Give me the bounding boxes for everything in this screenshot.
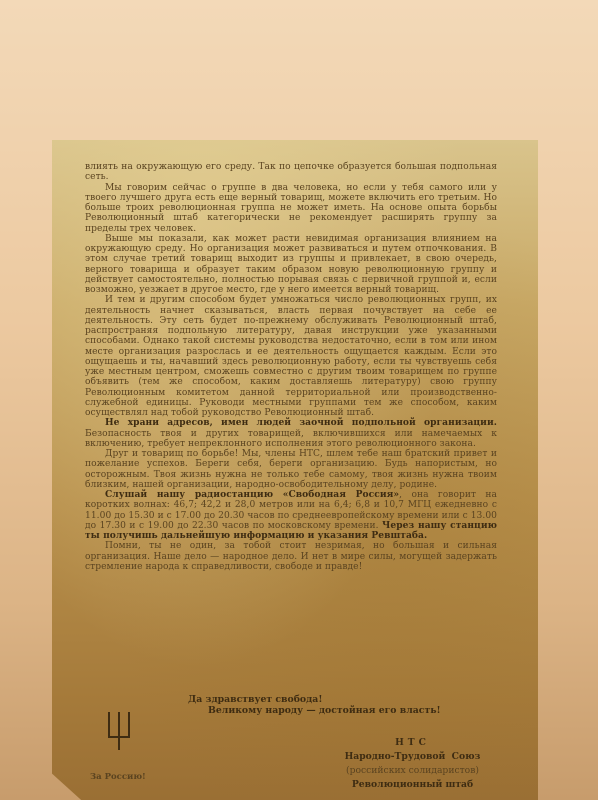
paragraph-3: Выше мы показали, как может расти невиди… bbox=[85, 234, 497, 296]
paragraph-8: Помни, ты не один, за тобой стоит незрим… bbox=[85, 541, 497, 572]
paragraph-1: влиять на окружающую его среду. Так по ц… bbox=[85, 162, 497, 183]
logo-caption: За Россию! bbox=[90, 772, 146, 782]
signature-org-name: Народно-Трудовой Союз bbox=[320, 750, 505, 764]
signature-block: НТС Народно-Трудовой Союз (российских со… bbox=[320, 736, 505, 792]
paragraph-bold-lead: Слушай нашу радиостанцию «Свободная Росс… bbox=[105, 489, 399, 500]
paragraph-text: Безопасность твоя и других товарищей, вк… bbox=[85, 429, 497, 449]
trident-icon bbox=[108, 712, 130, 750]
slogan-freedom: Да здравствует свобода! bbox=[120, 694, 500, 705]
paragraph-text: Друг и товарищ по борьбе! Мы, члены НТС,… bbox=[85, 449, 497, 490]
paragraph-bold-lead: Не храни адресов, имен людей заочной под… bbox=[105, 417, 497, 428]
paragraph-7: Слушай нашу радиостанцию «Свободная Росс… bbox=[85, 490, 497, 541]
paragraph-text: И тем и другим способом будет умножаться… bbox=[85, 295, 497, 418]
slogan-power: Великому народу — достойная его власть! bbox=[120, 705, 500, 716]
paragraph-text: Мы говорим сейчас о группе в два человек… bbox=[85, 183, 497, 234]
paragraph-5: Не храни адресов, имен людей заочной под… bbox=[85, 418, 497, 449]
paragraph-text: Помни, ты не один, за тобой стоит незрим… bbox=[85, 541, 497, 572]
paragraph-4: И тем и другим способом будет умножаться… bbox=[85, 295, 497, 418]
leaflet-body: влиять на окружающую его среду. Так по ц… bbox=[85, 162, 497, 572]
paragraph-text: Выше мы показали, как может расти невиди… bbox=[85, 234, 497, 295]
paragraph-text: влиять на окружающую его среду. Так по ц… bbox=[85, 162, 497, 182]
signature-unit: Революционный штаб bbox=[320, 778, 505, 792]
paragraph-6: Друг и товарищ по борьбе! Мы, члены НТС,… bbox=[85, 449, 497, 490]
slogans: Да здравствует свобода! Великому народу … bbox=[120, 694, 500, 716]
paragraph-2: Мы говорим сейчас о группе в два человек… bbox=[85, 183, 497, 234]
signature-abbr: НТС bbox=[320, 736, 505, 750]
signature-org-sub: (российских солидаристов) bbox=[320, 764, 505, 778]
